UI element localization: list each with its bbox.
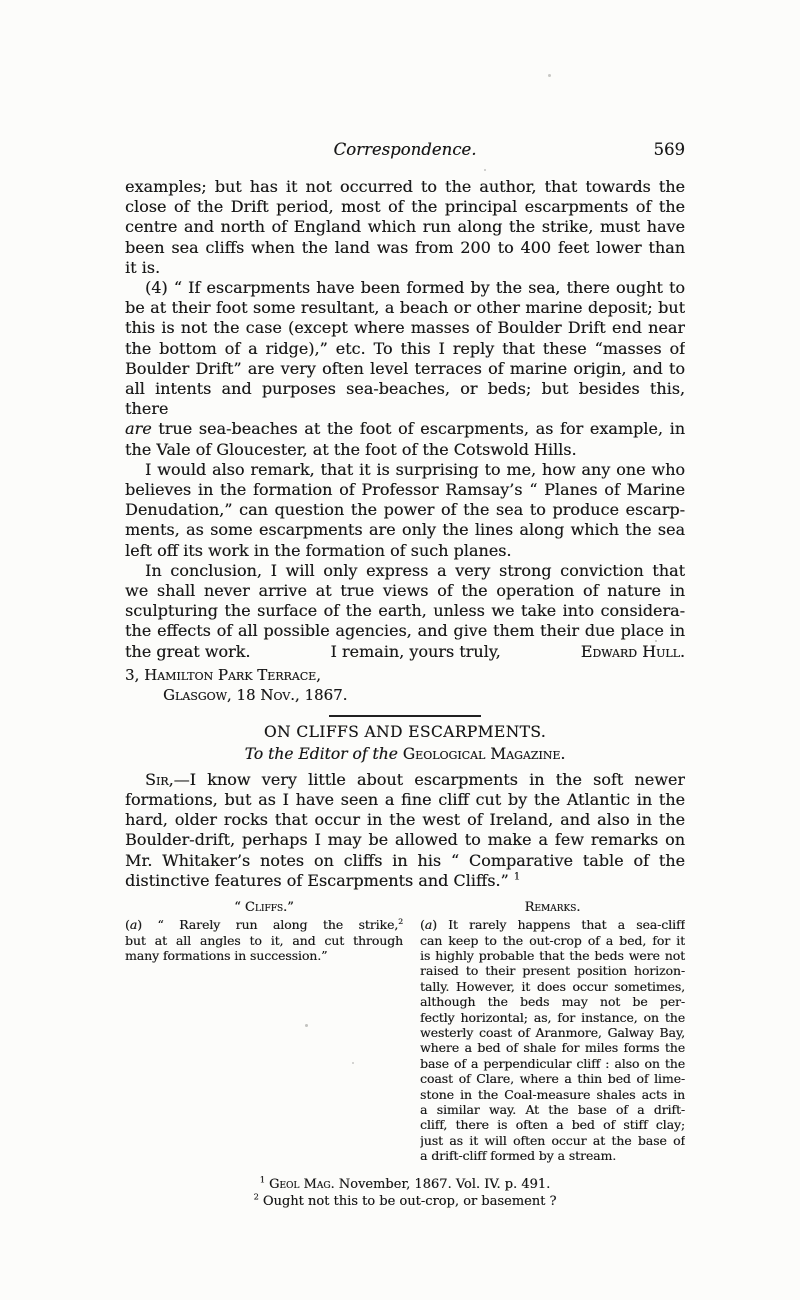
- text-line: distinctive features of Escarpments and …: [125, 871, 685, 891]
- text-line: we shall never arrive at true views of t…: [125, 581, 685, 601]
- comparison-table: “ Cliffs.” (a) “ Rarely run along the st…: [125, 900, 685, 1164]
- text-line: (a) “ Rarely run along the strike,2: [125, 917, 403, 932]
- paragraph-conclusion-signature: In conclusion, I will only express a ver…: [125, 561, 685, 662]
- text-line: just as it will often occur at the base …: [420, 1133, 685, 1148]
- text-line: but at all angles to it, and cut through: [125, 933, 403, 948]
- paragraph-remark: I would also remark, that it is surprisi…: [125, 460, 685, 561]
- paragraph-continuation: examples; but has it not occurred to the…: [125, 177, 685, 278]
- text-line: 1 Geol Mag. November, 1867. Vol. IV. p. …: [125, 1176, 685, 1194]
- text-line: the effects of all possible agencies, an…: [125, 621, 685, 641]
- text-line: believes in the formation of Professor R…: [125, 480, 685, 500]
- text-run: ) It rarely happens that a sea-cliff: [432, 917, 685, 932]
- text-line: close of the Drift period, most of the p…: [125, 197, 685, 217]
- text-run: November, 1867. Vol. IV. p. 491.: [335, 1177, 551, 1192]
- text-line: it is.: [125, 258, 685, 278]
- text-line: the bottom of a ridge),” etc. To this I …: [125, 339, 685, 359]
- text-line: can keep to the out-crop of a bed, for i…: [420, 933, 685, 948]
- small-caps-text: Sir: [145, 770, 169, 789]
- text-run: ,—I know very little about escarpments i…: [169, 770, 685, 789]
- remarks-column: Remarks. (a) It rarely happens that a se…: [420, 900, 685, 1164]
- text-line: Sir,—I know very little about escarpment…: [125, 770, 685, 790]
- text-run: I remain, yours truly,: [330, 642, 500, 662]
- footnotes: 1 Geol Mag. November, 1867. Vol. IV. p. …: [125, 1176, 685, 1211]
- text-line: all intents and purposes sea-beaches, or…: [125, 379, 685, 419]
- cliffs-column: “ Cliffs.” (a) “ Rarely run along the st…: [125, 900, 403, 1164]
- scan-speck: [484, 169, 486, 171]
- text-line: Glasgow, 18 Nov., 1867.: [125, 685, 685, 705]
- text-line: Mr. Whitaker’s notes on cliffs in his “ …: [125, 851, 685, 871]
- text-line: fectly horizontal; as, for instance, on …: [420, 1010, 685, 1025]
- small-caps-text: Geol Mag.: [269, 1177, 335, 1192]
- text-line: a similar way. At the base of a drift-: [420, 1102, 685, 1117]
- text-run: true sea-beaches at the foot of escarpme…: [152, 419, 685, 438]
- text-line: Boulder Drift” are very often level terr…: [125, 359, 685, 379]
- text-line: hard, older rocks that occur in the west…: [125, 810, 685, 830]
- text-line: are true sea-beaches at the foot of esca…: [125, 419, 685, 439]
- scan-speck: [655, 640, 657, 642]
- text-line: base of a perpendicular cliff : also on …: [420, 1056, 685, 1071]
- text-line: (a) It rarely happens that a sea-cliff: [420, 917, 685, 932]
- text-line: this is not the case (except where masse…: [125, 318, 685, 338]
- text-line: Denudation,” can question the power of t…: [125, 500, 685, 520]
- text-line: a drift-cliff formed by a stream.: [420, 1148, 685, 1163]
- text-line: sculpturing the surface of the earth, un…: [125, 601, 685, 621]
- text-line: I would also remark, that it is surprisi…: [125, 460, 685, 480]
- remarks-column-body: (a) It rarely happens that a sea-cliffca…: [420, 917, 685, 1164]
- small-caps-text: Edward Hull.: [581, 642, 685, 662]
- sender-address: 3, Hamilton Park Terrace,Glasgow, 18 Nov…: [125, 665, 685, 705]
- text-line: many formations in succession.”: [125, 948, 403, 963]
- letter-title: ON CLIFFS AND ESCARPMENTS.: [125, 723, 685, 741]
- scanned-page: Correspondence. 569 examples; but has it…: [0, 0, 800, 1300]
- text-line: cliff, there is often a bed of stiff cla…: [420, 1117, 685, 1132]
- remarks-column-header: Remarks.: [420, 900, 685, 915]
- text-line: the great work.I remain, yours truly,Edw…: [125, 642, 685, 662]
- page-header: Correspondence. 569: [125, 140, 685, 162]
- text-line: although the beds may not be per-: [420, 994, 685, 1009]
- cliffs-column-header: “ Cliffs.”: [125, 900, 403, 915]
- text-run: distinctive features of Escarpments and …: [125, 871, 514, 890]
- text-line: To the Editor of the Geological Magazine…: [125, 744, 685, 765]
- running-title: Correspondence.: [125, 140, 685, 159]
- text-line: the Vale of Gloucester, at the foot of t…: [125, 440, 685, 460]
- section-divider: [329, 715, 481, 717]
- text-line: tally. However, it does occur sometimes,: [420, 979, 685, 994]
- scan-speck: [548, 74, 551, 77]
- text-line: Boulder-drift, perhaps I may be allowed …: [125, 830, 685, 850]
- text-line: raised to their present position horizon…: [420, 963, 685, 978]
- text-line: formations, but as I have seen a fine cl…: [125, 790, 685, 810]
- text-line: is highly probable that the beds were no…: [420, 948, 685, 963]
- text-line: (4) “ If escarpments have been formed by…: [125, 278, 685, 298]
- scan-speck: [352, 1062, 354, 1064]
- page-content: Correspondence. 569 examples; but has it…: [125, 140, 685, 1211]
- text-line: been sea cliffs when the land was from 2…: [125, 238, 685, 258]
- superscript: 1: [514, 872, 520, 883]
- paragraph-intro: Sir,—I know very little about escarpment…: [125, 770, 685, 891]
- text-line: 3, Hamilton Park Terrace,: [125, 665, 685, 685]
- text-run: the great work.: [125, 642, 250, 662]
- page-number: 569: [654, 140, 686, 159]
- text-line: examples; but has it not occurred to the…: [125, 177, 685, 197]
- text-run: ) “ Rarely run along the strike,: [137, 917, 398, 932]
- cliffs-column-body: (a) “ Rarely run along the strike,2but a…: [125, 917, 403, 963]
- text-run: Ought not this to be out-crop, or baseme…: [259, 1194, 557, 1209]
- text-line: be at their foot some resultant, a beach…: [125, 298, 685, 318]
- text-line: left off its work in the formation of su…: [125, 541, 685, 561]
- italic-text: are: [125, 419, 152, 438]
- text-line: where a bed of shale for miles forms the: [420, 1040, 685, 1055]
- paragraph-point-4: (4) “ If escarpments have been formed by…: [125, 278, 685, 460]
- editor-address-line: To the Editor of the Geological Magazine…: [125, 744, 685, 765]
- text-line: ments, as some escarpments are only the …: [125, 520, 685, 540]
- small-caps-text: Geological Magazine.: [403, 745, 566, 763]
- text-line: coast of Clare, where a thin bed of lime…: [420, 1071, 685, 1086]
- text-line: westerly coast of Aranmore, Galway Bay,: [420, 1025, 685, 1040]
- superscript: 2: [398, 917, 403, 926]
- text-line: 2 Ought not this to be out-crop, or base…: [125, 1193, 685, 1211]
- text-line: stone in the Coal-measure shales acts in: [420, 1087, 685, 1102]
- italic-text: To the Editor of the: [245, 745, 403, 763]
- text-line: In conclusion, I will only express a ver…: [125, 561, 685, 581]
- text-line: centre and north of England which run al…: [125, 217, 685, 237]
- scan-speck: [305, 1024, 308, 1027]
